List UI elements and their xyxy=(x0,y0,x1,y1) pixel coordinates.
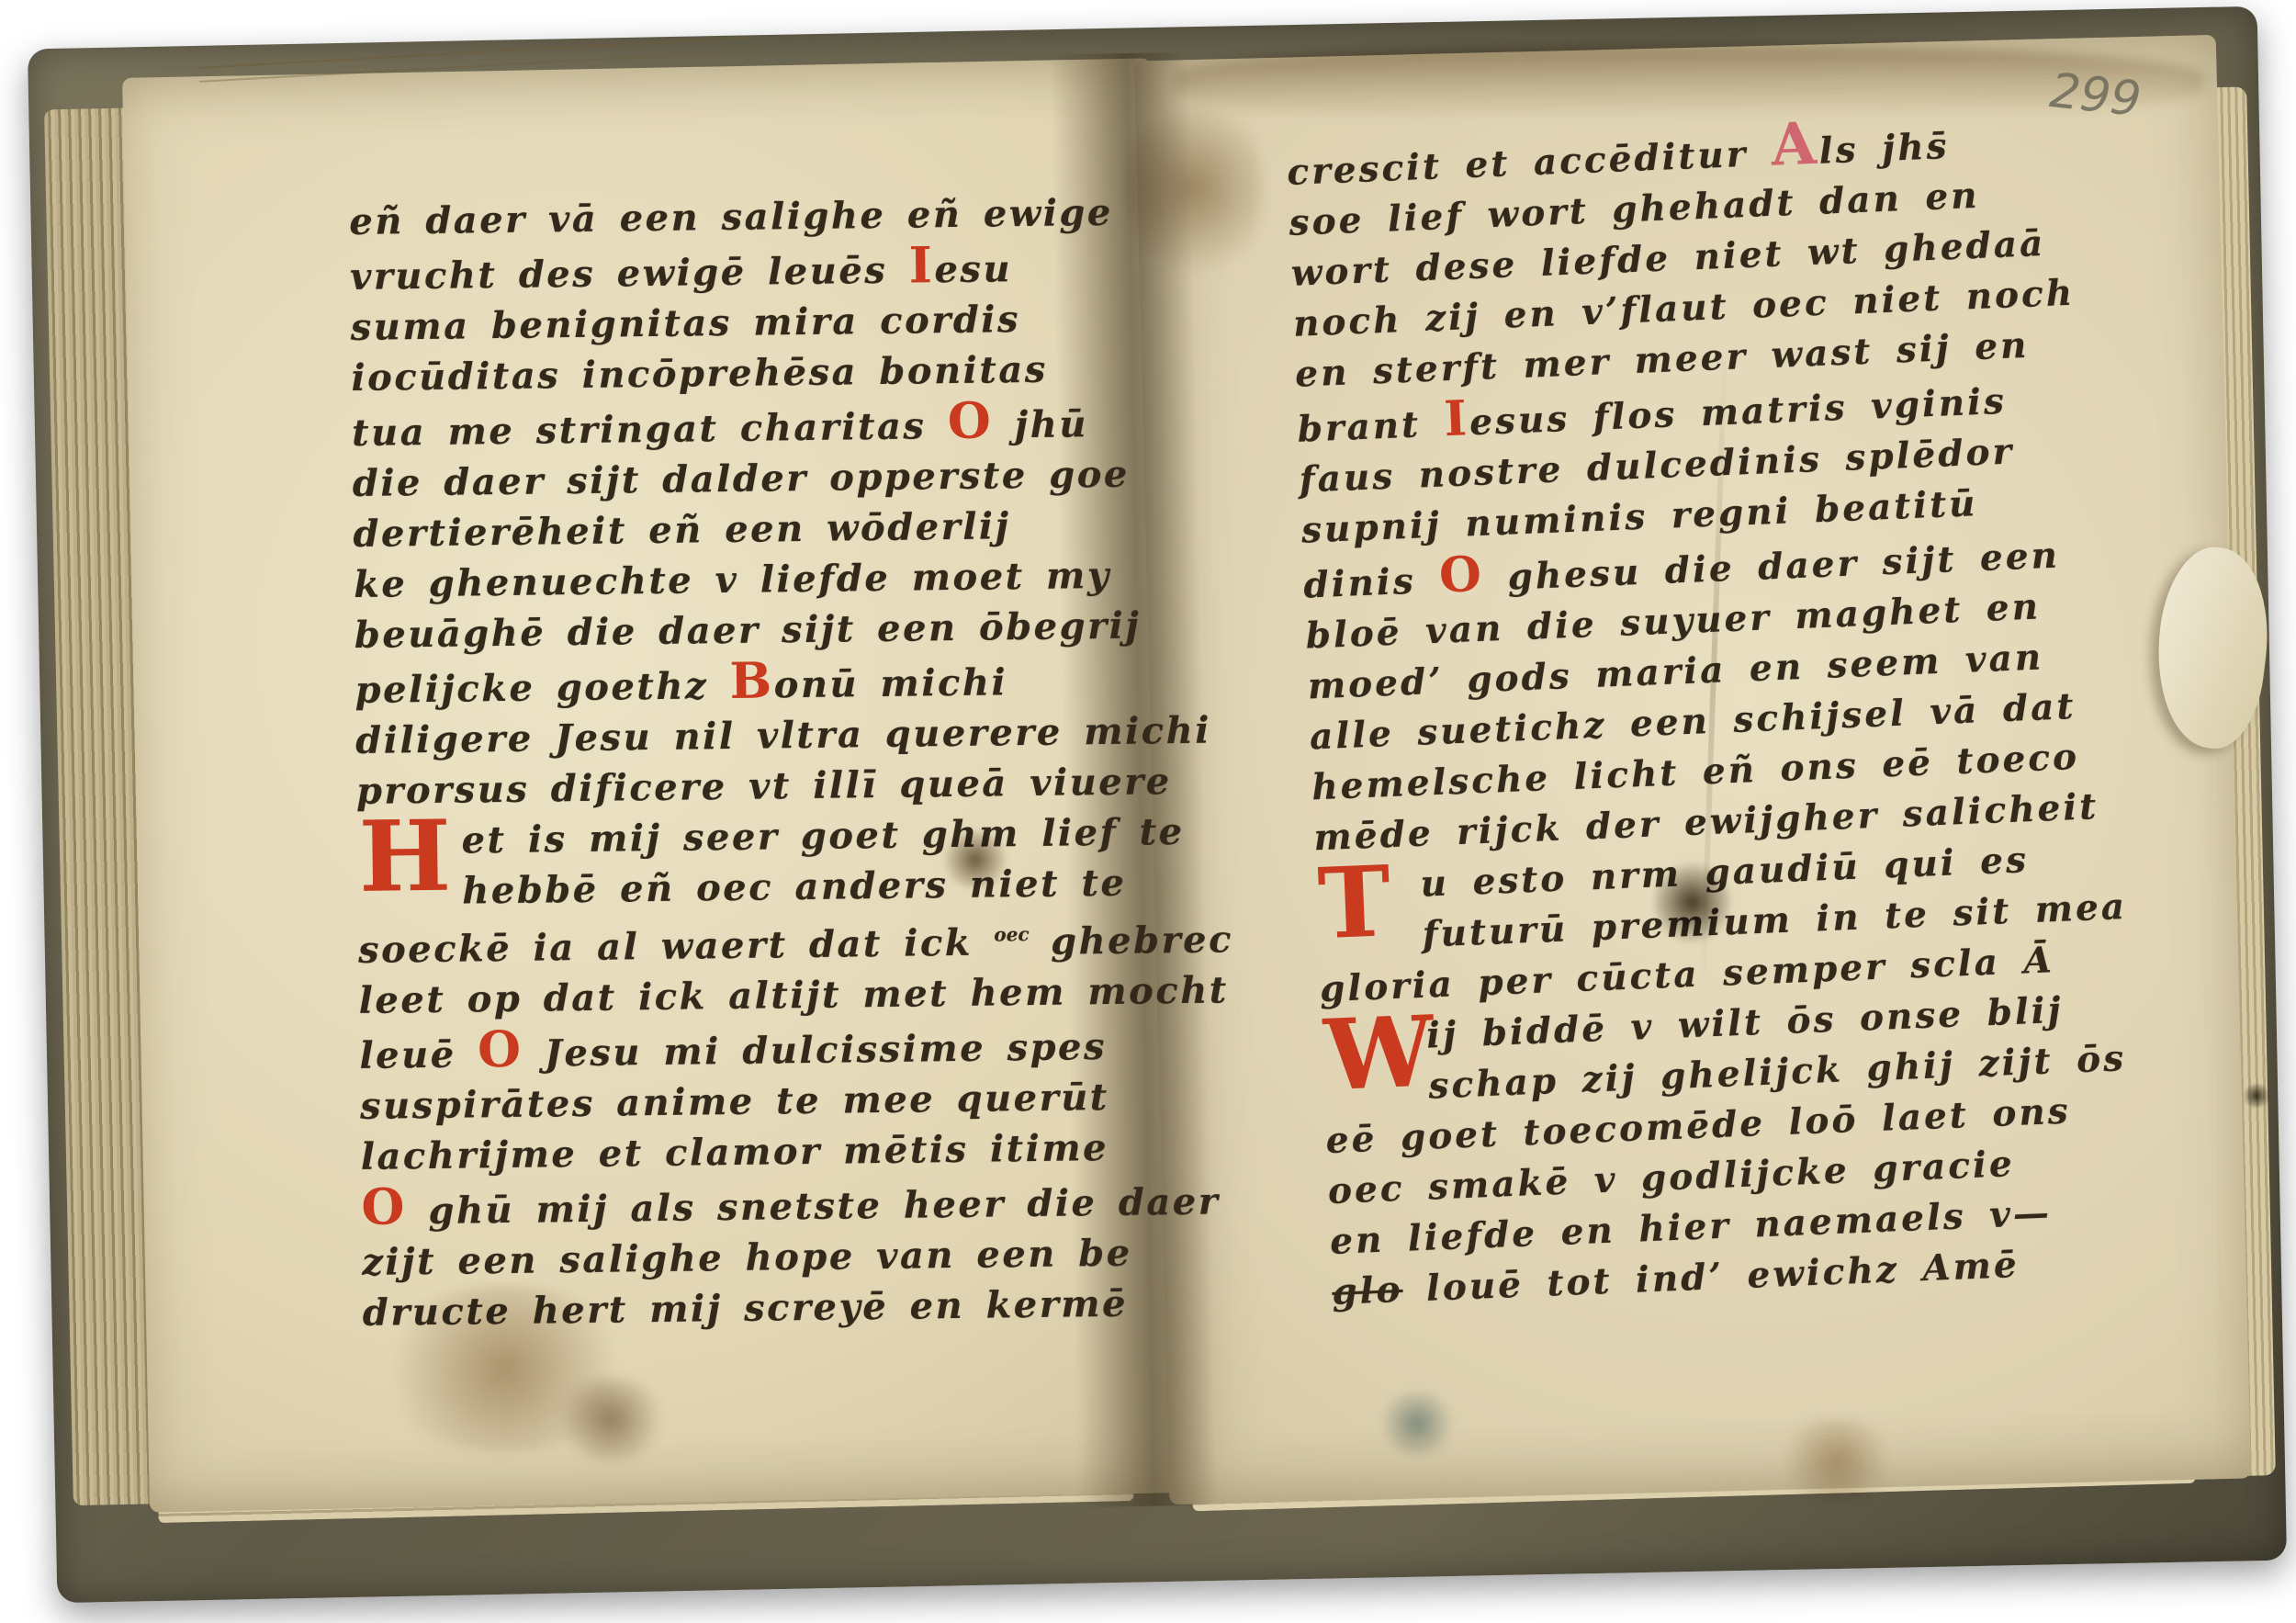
text-segment: lachrijme et clamor mētis itime xyxy=(360,1126,1109,1178)
text-segment: hebbē eñ oec anders niet te xyxy=(462,862,1127,913)
text-segment: dinis xyxy=(1303,559,1441,607)
ink-spot xyxy=(2243,1084,2270,1108)
text-segment: et is mij seer goet ghm lief te xyxy=(461,810,1185,862)
stain xyxy=(551,1378,670,1460)
text-segment: onū michi xyxy=(773,660,1007,706)
rubric-initial: I xyxy=(1443,390,1470,447)
text-segment: eñ daer vā een salighe eñ ewige xyxy=(349,191,1113,243)
rubric-initial: O xyxy=(361,1177,407,1236)
text-segment: jhū xyxy=(993,402,1088,446)
text-segment: suma benignitas mira cordis xyxy=(350,298,1020,349)
stain xyxy=(939,831,1012,888)
text-segment: iocūditas incōprehēsa bonitas xyxy=(351,348,1048,400)
pencil-folio-number: 299 xyxy=(2047,63,2144,128)
rubric-initial: O xyxy=(1438,547,1485,604)
text-segment: glo xyxy=(1331,1268,1403,1313)
stain xyxy=(1125,87,1263,289)
text-segment: ke ghenuechte v liefde moet my xyxy=(354,554,1111,606)
text-segment: oec xyxy=(994,923,1030,945)
text-segment: die daer sijt dalder opperste goe xyxy=(353,453,1131,505)
text-segment: esu xyxy=(934,247,1012,291)
right-page-text-block: crescit et accēditur Als jhs̄soe lief wo… xyxy=(1286,104,2223,1318)
text-segment: zijt een salighe hope van een be xyxy=(362,1232,1132,1284)
text-segment: leuē xyxy=(359,1032,478,1077)
left-page-text-block: eñ daer vā een salighe eñ ewigevrucht de… xyxy=(349,186,1244,1338)
text-segment: Jesu mi dulcissime spes xyxy=(523,1025,1107,1076)
rubric-initial: O xyxy=(478,1020,523,1079)
manuscript-photo: eñ daer vā een salighe eñ ewigevrucht de… xyxy=(0,0,2296,1623)
rubric-initial: I xyxy=(908,235,935,294)
text-segment: tua me stringat charitas xyxy=(352,404,948,455)
text-segment: soeckē ia al waert dat ick xyxy=(358,920,995,971)
text-segment: leet op dat ick altijt met hem mocht xyxy=(358,968,1229,1022)
text-segment: diligere Jesu nil vltra querere michi xyxy=(355,709,1211,762)
text-segment: prorsus dificere vt illī queā viuere xyxy=(356,760,1172,813)
text-segment: ghebrec xyxy=(1029,918,1233,964)
manuscript-line: soeckē ia al waert dat ick oec ghebrec xyxy=(358,907,1241,975)
stain xyxy=(1773,1419,1901,1502)
text-segment: ls jhs̄ xyxy=(1818,125,1951,173)
text-segment: beuāghē die daer sijt een ōbegrij xyxy=(355,604,1142,657)
rubric-initial: O xyxy=(947,390,993,450)
stain xyxy=(1653,859,1731,946)
text-segment: dertierēheit eñ een wōderlij xyxy=(353,504,1011,556)
text-segment: ghū mij als snetste heer die daer xyxy=(407,1179,1221,1233)
stain xyxy=(1376,1392,1458,1456)
rubric-initial: B xyxy=(729,650,774,710)
rubric-initial: A xyxy=(1770,109,1820,179)
text-segment: brant xyxy=(1297,402,1446,450)
text-segment: vrucht des ewigē leuēs xyxy=(350,249,909,299)
text-segment: pelijcke goethz xyxy=(355,664,730,712)
text-segment: suspirātes anime te mee querūt xyxy=(360,1076,1109,1128)
